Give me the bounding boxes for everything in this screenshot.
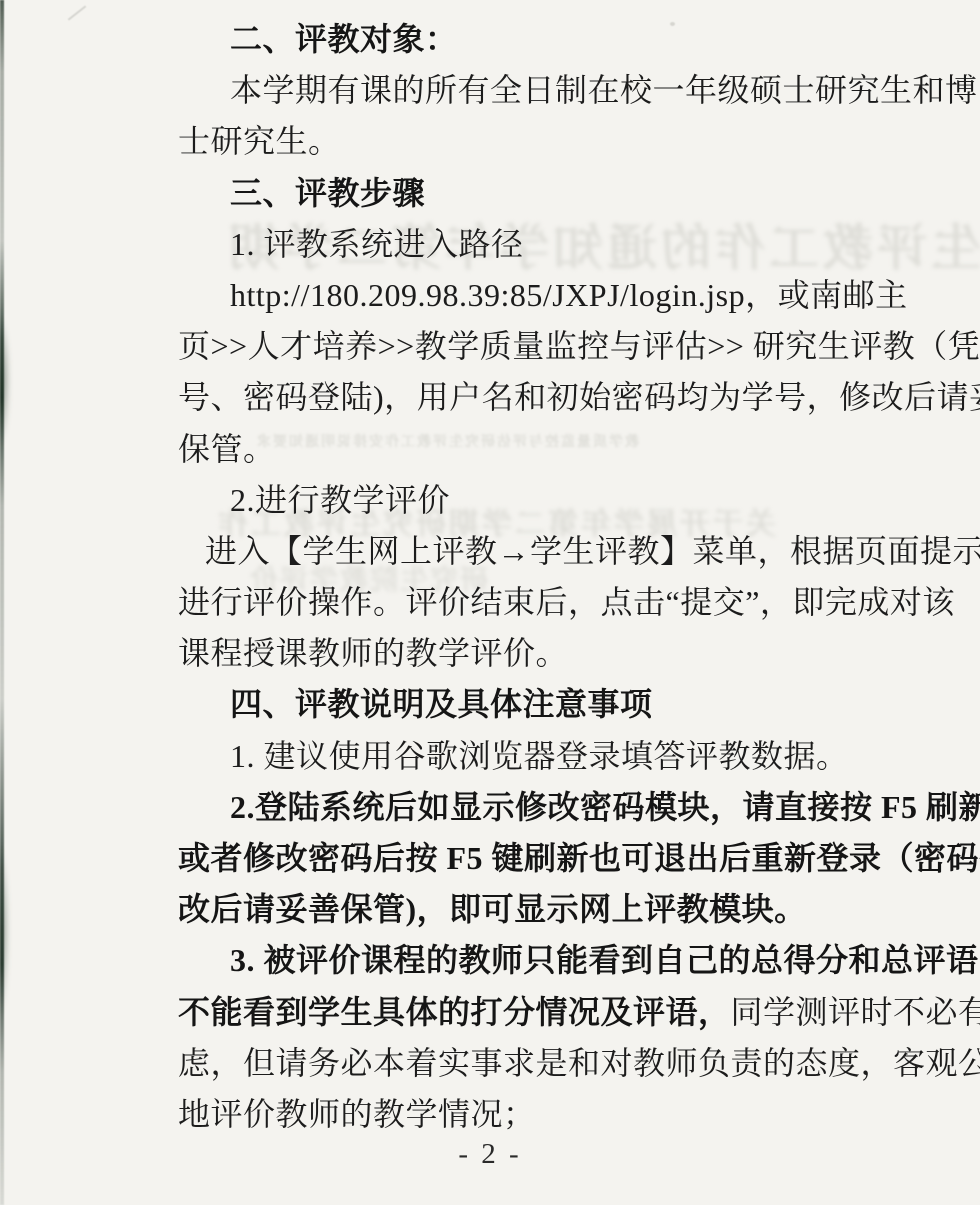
text-line: 地评价教师的教学情况； (0, 1089, 980, 1140)
text-line: 2.登陆系统后如显示修改密码模块，请直接按 F5 刷新 (0, 782, 980, 833)
text-segment: http://180.209.98.39:85/JXPJ/login.jsp，或… (230, 277, 908, 313)
text-segment: 课程授课教师的教学评价。 (178, 635, 568, 671)
text-segment: 或者修改密码后按 F5 键刷新也可退出后重新登录（密码修 (178, 840, 980, 876)
text-line: 进行评价操作。评价结束后，点击“提交”，即完成对该 (0, 577, 980, 628)
text-segment: 改后请妥善保管)，即可显示网上评教模块。 (178, 891, 807, 927)
text-segment: 进入【学生网上评教→学生评教】菜单，根据页面提示 (205, 533, 980, 569)
text-line: 本学期有课的所有全日制在校一年级硕士研究生和博 (0, 65, 980, 116)
text-segment: 虑，但请务必本着实事求是和对教师负责的态度，客观公正 (178, 1045, 980, 1081)
page-number: - 2 - (0, 1138, 980, 1171)
document-body: 二、评教对象：本学期有课的所有全日制在校一年级硕士研究生和博士研究生。三、评教步… (0, 14, 980, 1140)
text-line: 号、密码登陆)，用户名和初始密码均为学号，修改后请妥善 (0, 372, 980, 423)
text-segment: 地评价教师的教学情况； (178, 1096, 536, 1132)
text-line: 1. 建议使用谷歌浏览器登录填答评教数据。 (0, 731, 980, 782)
text-segment: 三、评教步骤 (230, 175, 425, 211)
scanned-document-page: 研究生评教工作的通知学年第二学期 关于开展学年第二学期研究生评教工作 研究生院教… (0, 0, 980, 1205)
text-segment: 3. 被评价课程的教师只能看到自己的总得分和总评语， (230, 942, 980, 978)
text-line: 不能看到学生具体的打分情况及评语，同学测评时不必有顾 (0, 987, 980, 1038)
text-segment: 号、密码登陆)，用户名和初始密码均为学号，修改后请妥善 (178, 379, 980, 415)
text-segment: 2.登陆系统后如显示修改密码模块，请直接按 F5 刷新 (230, 789, 980, 825)
text-line: 页>>人才培养>>教学质量监控与评估>> 研究生评教（凭学 (0, 321, 980, 372)
text-segment: 同学测评时不必有顾 (731, 994, 980, 1030)
text-segment: 本学期有课的所有全日制在校一年级硕士研究生和博 (230, 72, 978, 108)
text-segment: 2.进行教学评价 (230, 482, 450, 518)
text-line: 改后请妥善保管)，即可显示网上评教模块。 (0, 884, 980, 935)
text-line: 1. 评教系统进入路径 (0, 219, 980, 270)
text-line: 3. 被评价课程的教师只能看到自己的总得分和总评语， (0, 935, 980, 986)
text-segment: 页>>人才培养>>教学质量监控与评估>> 研究生评教（凭学 (178, 328, 980, 364)
text-line: 士研究生。 (0, 116, 980, 167)
text-segment: 二、评教对象： (230, 21, 458, 57)
text-line: 2.进行教学评价 (0, 475, 980, 526)
text-line: 三、评教步骤 (0, 168, 980, 219)
text-line: 课程授课教师的教学评价。 (0, 628, 980, 679)
text-segment: 保管。 (178, 431, 276, 467)
text-segment: 1. 建议使用谷歌浏览器登录填答评教数据。 (230, 738, 849, 774)
text-line: 进入【学生网上评教→学生评教】菜单，根据页面提示 (0, 526, 980, 577)
text-line: 四、评教说明及具体注意事项 (0, 679, 980, 730)
text-line: http://180.209.98.39:85/JXPJ/login.jsp，或… (0, 270, 980, 321)
text-line: 二、评教对象： (0, 14, 980, 65)
text-line: 保管。 (0, 424, 980, 475)
text-segment: 士研究生。 (178, 123, 341, 159)
text-segment: 不能看到学生具体的打分情况及评语， (178, 994, 731, 1030)
text-line: 或者修改密码后按 F5 键刷新也可退出后重新登录（密码修 (0, 833, 980, 884)
text-line: 虑，但请务必本着实事求是和对教师负责的态度，客观公正 (0, 1038, 980, 1089)
text-segment: 进行评价操作。评价结束后，点击“提交”，即完成对该 (178, 584, 955, 620)
text-segment: 四、评教说明及具体注意事项 (230, 686, 653, 722)
text-segment: 1. 评教系统进入路径 (230, 226, 524, 262)
